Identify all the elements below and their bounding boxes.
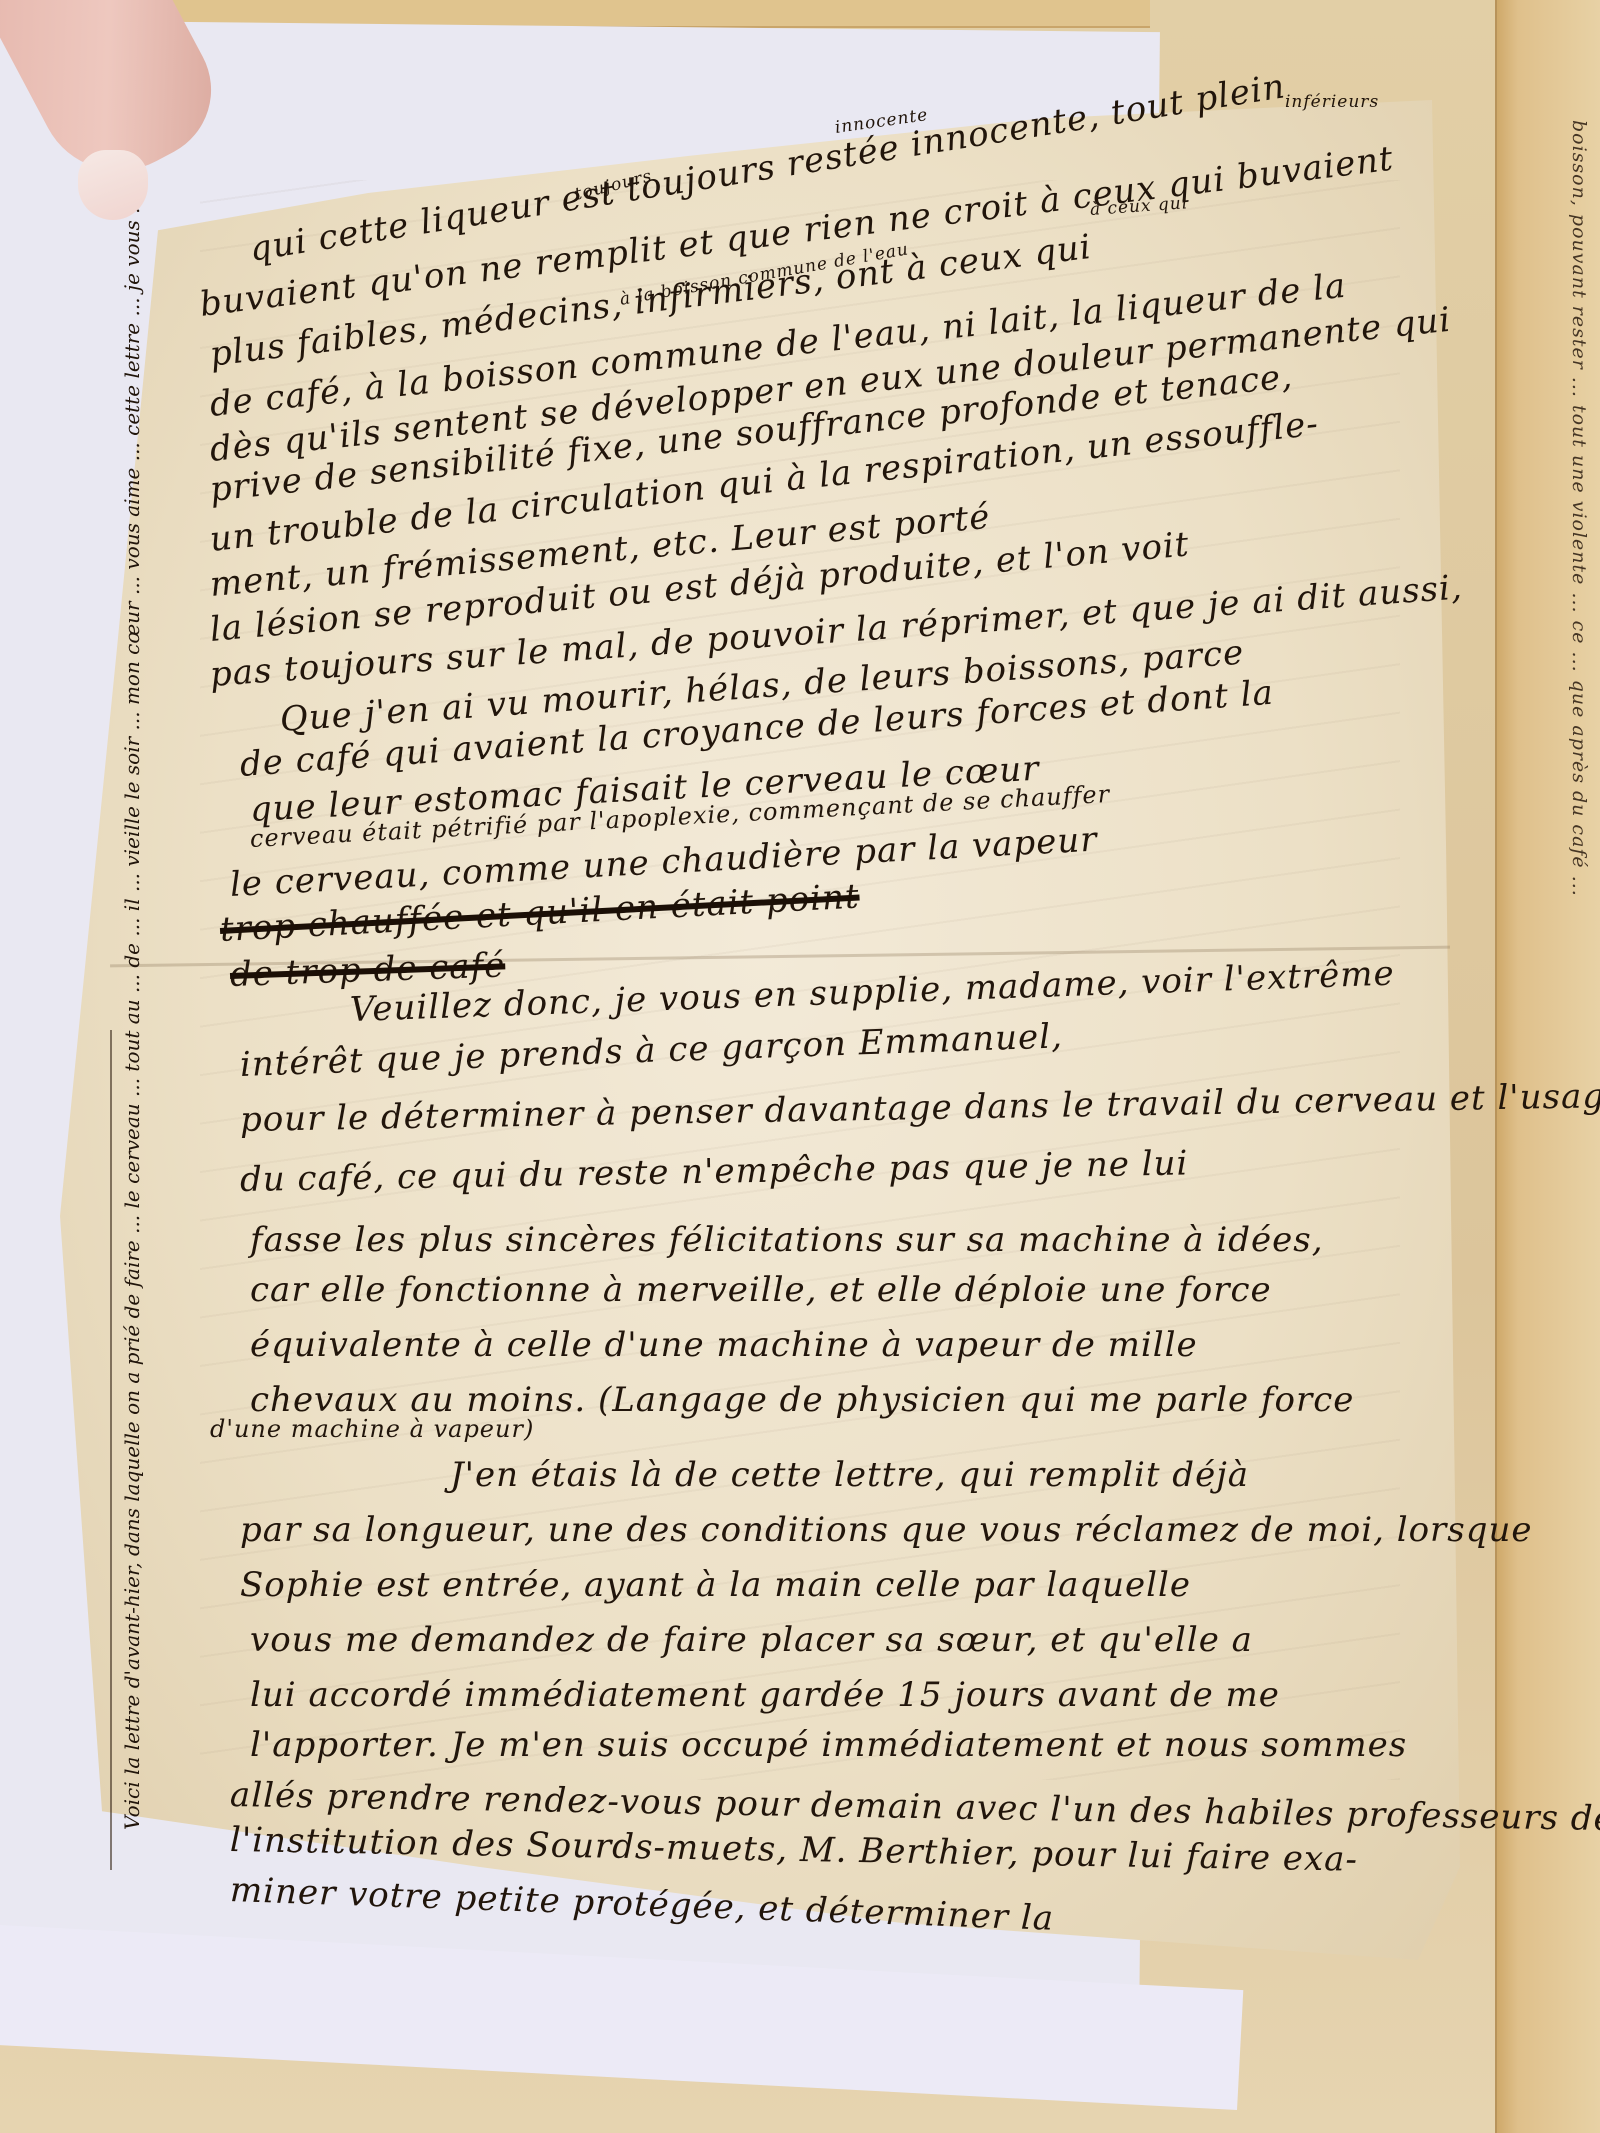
fingernail: [78, 150, 148, 220]
manuscript-line: vous me demandez de faire placer sa sœur…: [250, 1620, 1253, 1660]
manuscript-line: par sa longueur, une des conditions que …: [240, 1510, 1533, 1550]
manuscript-line: équivalente à celle d'une machine à vape…: [250, 1325, 1198, 1365]
manuscript-line: lui accordé immédiatement gardée 15 jour…: [250, 1675, 1280, 1715]
manuscript-line: car elle fonctionne à merveille, et elle…: [250, 1270, 1272, 1310]
margin-note: Voici la lettre d'avant-hier, dans laque…: [120, 430, 144, 1830]
manuscript-line: d'une machine à vapeur): [210, 1415, 534, 1443]
manuscript-line: chevaux au moins. (Langage de physicien …: [250, 1380, 1354, 1420]
manuscript-line: fasse les plus sincères félicitations su…: [250, 1220, 1324, 1260]
interlinear-note: inférieurs: [1285, 92, 1379, 112]
manuscript-line: l'apporter. Je m'en suis occupé immédiat…: [250, 1725, 1407, 1765]
manuscript-line: Sophie est entrée, ayant à la main celle…: [240, 1565, 1191, 1605]
manuscript-line: J'en étais là de cette lettre, qui rempl…: [450, 1455, 1249, 1495]
adjacent-page-text: boisson, pouvant rester ... tout une vio…: [1520, 120, 1590, 1540]
margin-rule: [110, 1030, 112, 1870]
